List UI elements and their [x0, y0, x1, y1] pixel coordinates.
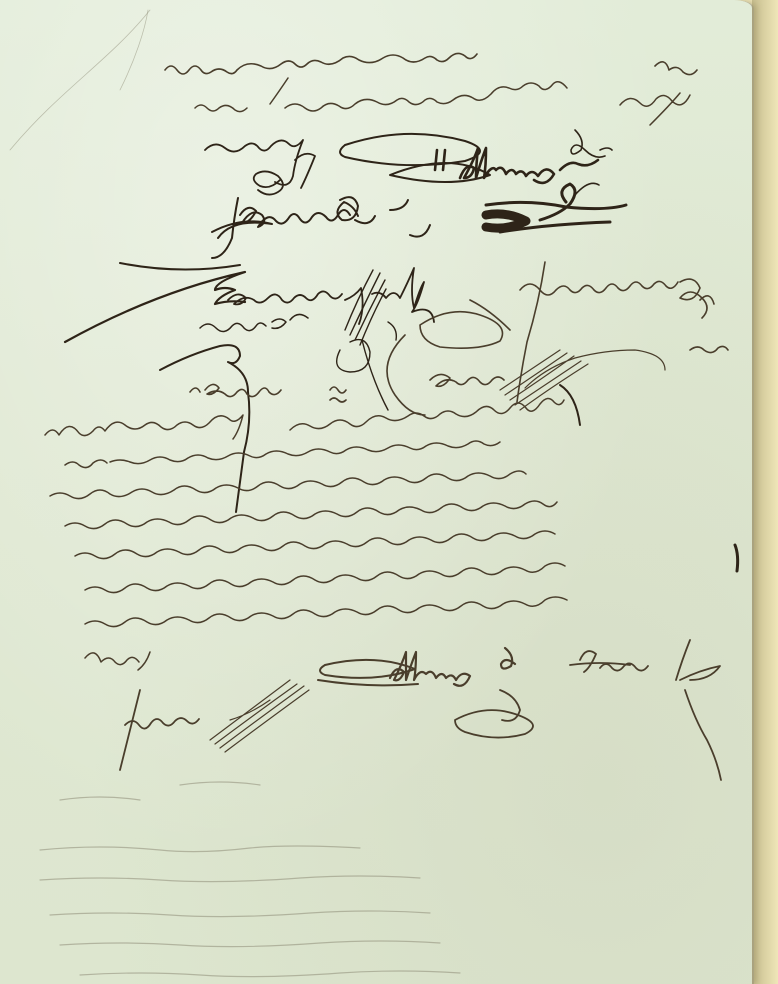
signature-dotar — [570, 640, 721, 780]
top-text-lines — [165, 53, 697, 125]
signature-barrabras — [65, 268, 434, 342]
signature-dellamutte-lower — [318, 648, 533, 738]
handwriting-strokes — [0, 0, 778, 984]
signature-georges — [205, 140, 315, 195]
faded-lines-bottom — [40, 782, 460, 977]
signature-thomas — [120, 197, 430, 269]
ink-blot-signature — [486, 184, 626, 232]
signature-fournier — [120, 680, 309, 770]
signature-paraph-center — [337, 270, 397, 410]
body-text-lines — [45, 398, 738, 670]
